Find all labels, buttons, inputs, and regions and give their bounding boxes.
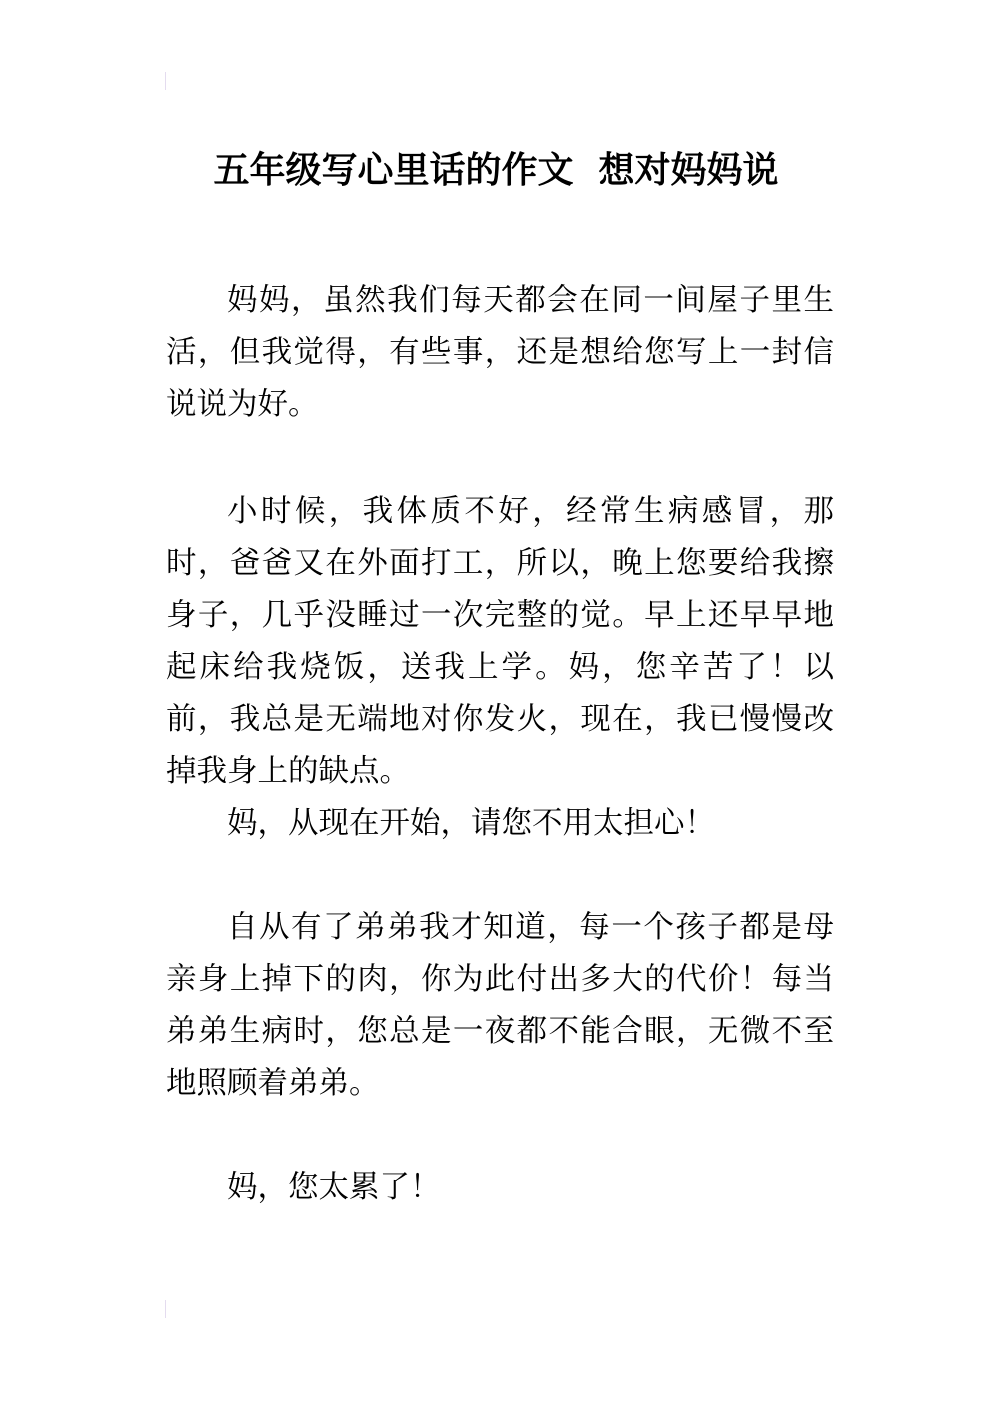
document-title: 五年级写心里话的作文 想对妈妈说 xyxy=(0,146,992,196)
paragraph-4: 自从有了弟弟我才知道，每一个孩子都是母亲身上掉下的肉，你为此付出多大的代价！每当… xyxy=(166,902,834,1110)
paragraph-1: 妈妈，虽然我们每天都会在同一间屋子里生活，但我觉得，有些事，还是想给您写上一封信… xyxy=(166,275,834,431)
page-margin-mark-top xyxy=(165,72,166,90)
paragraph-3: 妈，从现在开始，请您不用太担心！ xyxy=(166,798,834,850)
paragraph-2: 小时候，我体质不好，经常生病感冒，那时，爸爸又在外面打工，所以，晚上您要给我擦身… xyxy=(166,486,834,798)
document-page: 五年级写心里话的作文 想对妈妈说 妈妈，虽然我们每天都会在同一间屋子里生活，但我… xyxy=(0,0,992,1403)
page-margin-mark-bottom xyxy=(165,1300,166,1318)
paragraph-5: 妈，您太累了！ xyxy=(166,1162,834,1214)
